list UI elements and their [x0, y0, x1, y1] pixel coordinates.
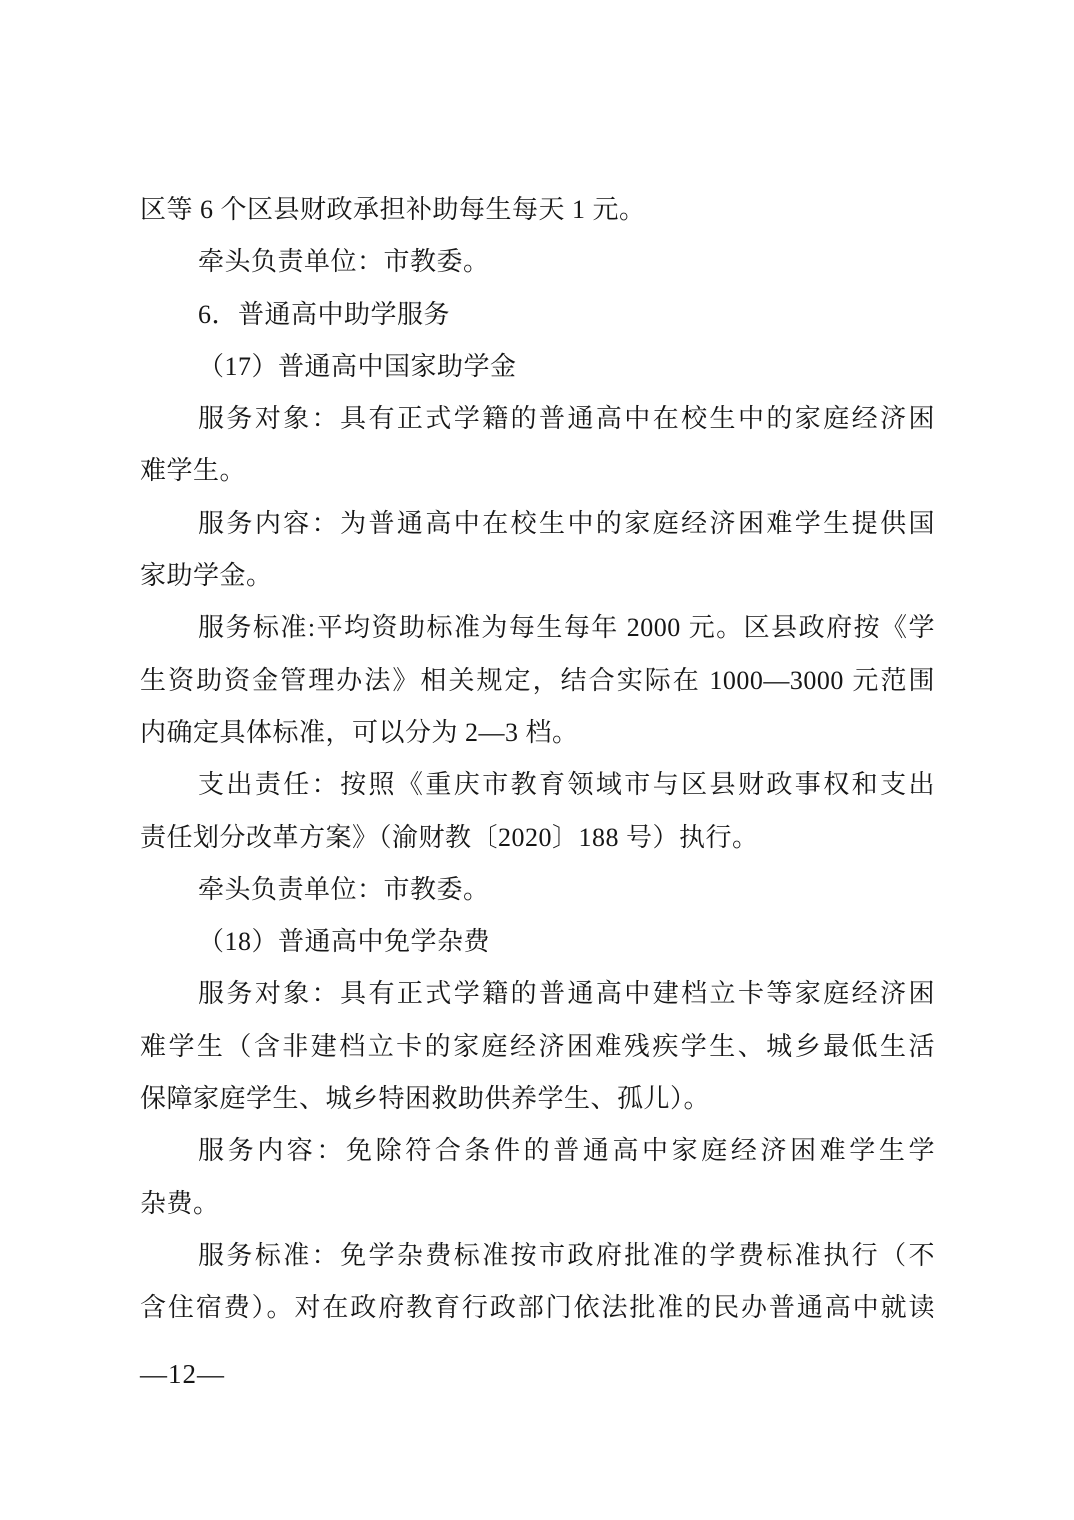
text-line: 服务内容：免除符合条件的普通高中家庭经济困难学生学 [140, 1125, 935, 1177]
text-line: 杂费。 [140, 1178, 935, 1230]
text-line: 牵头负责单位：市教委。 [140, 864, 935, 916]
document-body: 区等 6 个区县财政承担补助每生每天 1 元。牵头负责单位：市教委。6．普通高中… [140, 184, 935, 1335]
text-line: 家助学金。 [140, 550, 935, 602]
text-line: 6．普通高中助学服务 [140, 289, 935, 341]
text-line: 难学生。 [140, 445, 935, 497]
document-page: 区等 6 个区县财政承担补助每生每天 1 元。牵头负责单位：市教委。6．普通高中… [0, 0, 1074, 1520]
text-line: 责任划分改革方案》（渝财教〔2020〕188 号）执行。 [140, 812, 935, 864]
text-line: 保障家庭学生、城乡特困救助供养学生、孤儿）。 [140, 1073, 935, 1125]
text-line: 难学生（含非建档立卡的家庭经济困难残疾学生、城乡最低生活 [140, 1021, 935, 1073]
text-line: 服务内容：为普通高中在校生中的家庭经济困难学生提供国 [140, 498, 935, 550]
text-line: （18）普通高中免学杂费 [140, 916, 935, 968]
text-line: 支出责任：按照《重庆市教育领域市与区县财政事权和支出 [140, 759, 935, 811]
text-line: 服务对象：具有正式学籍的普通高中建档立卡等家庭经济困 [140, 968, 935, 1020]
text-line: （17）普通高中国家助学金 [140, 341, 935, 393]
text-line: 服务标准：免学杂费标准按市政府批准的学费标准执行（不 [140, 1230, 935, 1282]
text-line: 含住宿费）。对在政府教育行政部门依法批准的民办普通高中就读 [140, 1282, 935, 1334]
text-line: 内确定具体标准，可以分为 2—3 档。 [140, 707, 935, 759]
text-line: 牵头负责单位：市教委。 [140, 236, 935, 288]
page-number: —12— [140, 1358, 225, 1390]
text-line: 生资助资金管理办法》相关规定，结合实际在 1000—3000 元范围 [140, 655, 935, 707]
text-line: 服务对象：具有正式学籍的普通高中在校生中的家庭经济困 [140, 393, 935, 445]
text-line: 服务标准:平均资助标准为每生每年 2000 元。区县政府按《学 [140, 602, 935, 654]
text-line: 区等 6 个区县财政承担补助每生每天 1 元。 [140, 184, 935, 236]
